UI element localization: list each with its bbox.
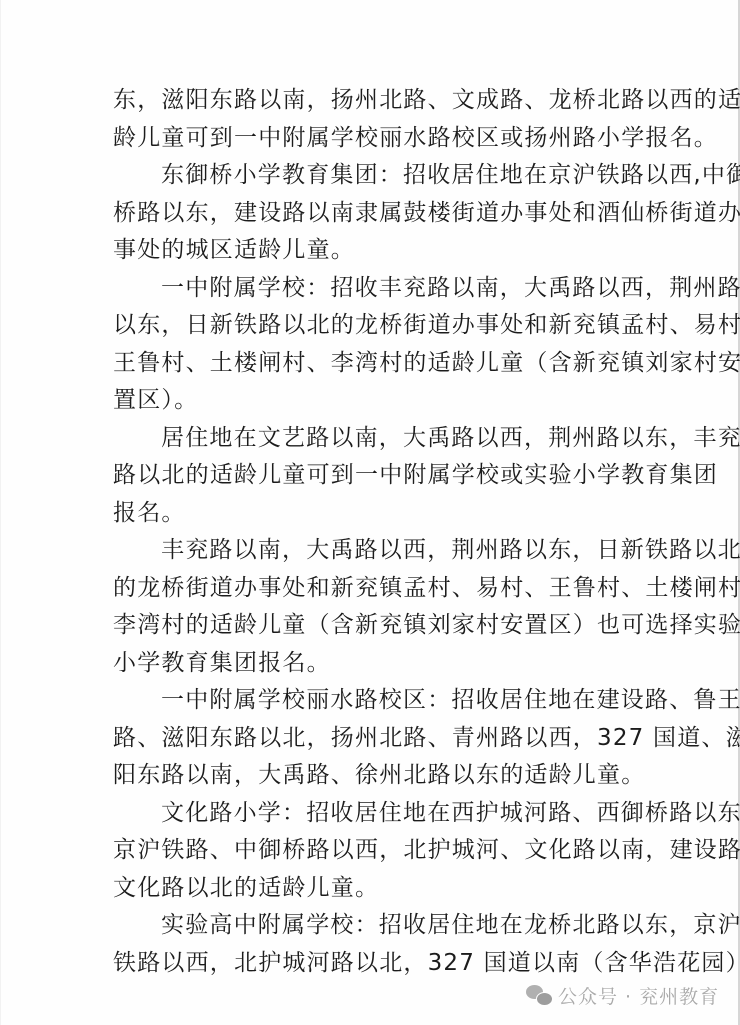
text-line: 李湾村的适龄儿童（含新兖镇刘家村安置区）也可选择实验	[113, 607, 633, 645]
paragraph-continuation: 东，滋阳东路以南，扬州北路、文成路、龙桥北路以西的适 龄儿童可到一中附属学校丽水…	[113, 82, 633, 157]
paragraph-wenyi-road-area: 居住地在文艺路以南，大禹路以西，荆州路以东，丰兖 路以北的适龄儿童可到一中附属学…	[113, 420, 633, 533]
document-page: 东，滋阳东路以南，扬州北路、文成路、龙桥北路以西的适 龄儿童可到一中附属学校丽水…	[0, 0, 740, 1025]
text-line: 以东，日新铁路以北的龙桥街道办事处和新兖镇孟村、易村、	[113, 307, 633, 345]
text-line: 东，滋阳东路以南，扬州北路、文成路、龙桥北路以西的适	[113, 82, 633, 120]
text-line: 铁路以西，北护城河路以北，327 国道以南（含华浩花园）	[113, 945, 633, 983]
wechat-icon	[526, 984, 552, 1006]
text-line: 丰兖路以南，大禹路以西，荆州路以东，日新铁路以北	[113, 532, 633, 570]
text-line: 一中附属学校：招收丰兖路以南，大禹路以西，荆州路	[113, 270, 633, 308]
paragraph-yizhong-school: 一中附属学校：招收丰兖路以南，大禹路以西，荆州路 以东，日新铁路以北的龙桥街道办…	[113, 270, 633, 420]
text-line: 文化路小学：招收居住地在西护城河路、西御桥路以东，	[113, 795, 633, 833]
text-line: 实验高中附属学校：招收居住地在龙桥北路以东，京沪	[113, 907, 633, 945]
text-line: 置区）。	[113, 382, 633, 420]
wechat-account-watermark: 公众号 · 兖州教育	[526, 982, 719, 1008]
text-line: 的龙桥街道办事处和新兖镇孟村、易村、王鲁村、土楼闸村、	[113, 570, 633, 608]
text-line: 京沪铁路、中御桥路以西，北护城河、文化路以南，建设路、	[113, 832, 633, 870]
paragraph-dongyuqiao-school: 东御桥小学教育集团：招收居住地在京沪铁路以西,中御 桥路以东，建设路以南隶属鼓楼…	[113, 157, 633, 270]
paragraph-shiyan-high-affiliated: 实验高中附属学校：招收居住地在龙桥北路以东，京沪 铁路以西，北护城河路以北，32…	[113, 907, 633, 982]
text-line: 报名。	[113, 495, 633, 533]
text-line: 事处的城区适龄儿童。	[113, 232, 633, 270]
text-line: 王鲁村、土楼闸村、李湾村的适龄儿童（含新兖镇刘家村安	[113, 345, 633, 383]
watermark-text: 公众号 · 兖州教育	[558, 982, 719, 1009]
text-line: 一中附属学校丽水路校区：招收居住地在建设路、鲁王	[113, 682, 633, 720]
text-line: 居住地在文艺路以南，大禹路以西，荆州路以东，丰兖	[113, 420, 633, 458]
text-line: 东御桥小学教育集团：招收居住地在京沪铁路以西,中御	[113, 157, 633, 195]
text-line: 文化路以北的适龄儿童。	[113, 870, 633, 908]
text-line: 阳东路以南，大禹路、徐州北路以东的适龄儿童。	[113, 757, 633, 795]
text-line: 桥路以东，建设路以南隶属鼓楼街道办事处和酒仙桥街道办	[113, 195, 633, 233]
text-line: 路、滋阳东路以北，扬州北路、青州路以西，327 国道、滋	[113, 720, 633, 758]
text-line: 路以北的适龄儿童可到一中附属学校或实验小学教育集团	[113, 457, 633, 495]
text-line: 龄儿童可到一中附属学校丽水路校区或扬州路小学报名。	[113, 120, 633, 158]
text-line: 小学教育集团报名。	[113, 645, 633, 683]
paragraph-wenhua-road-school: 文化路小学：招收居住地在西护城河路、西御桥路以东， 京沪铁路、中御桥路以西，北护…	[113, 795, 633, 908]
paragraph-fengyan-road-area: 丰兖路以南，大禹路以西，荆州路以东，日新铁路以北 的龙桥街道办事处和新兖镇孟村、…	[113, 532, 633, 682]
paragraph-lishui-campus: 一中附属学校丽水路校区：招收居住地在建设路、鲁王 路、滋阳东路以北，扬州北路、青…	[113, 682, 633, 795]
document-body: 东，滋阳东路以南，扬州北路、文成路、龙桥北路以西的适 龄儿童可到一中附属学校丽水…	[113, 82, 633, 982]
